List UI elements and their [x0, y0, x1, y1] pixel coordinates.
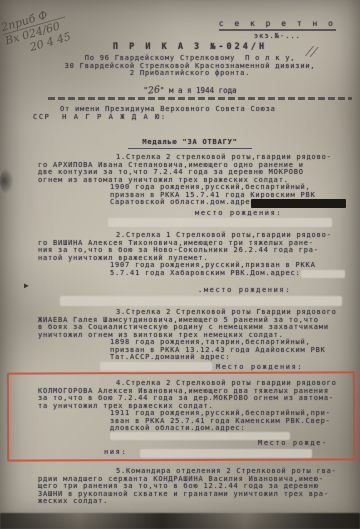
erased-redaction — [140, 449, 312, 458]
ink-smudge — [0, 168, 14, 194]
medal-heading: Медалью "ЗА ОТВАГУ" — [30, 129, 350, 149]
place-of-birth-label: Место рожде- — [258, 440, 328, 448]
document-page: 2приб Ф Вх 024/60 20 4 45 с е к р е т н … — [0, 0, 360, 529]
order-date: "26" м а я 1944 года — [30, 85, 350, 96]
date-day-handwritten: 26 — [147, 84, 160, 96]
separator-line — [48, 97, 352, 100]
award-preamble-line2: ССР Н А Г Р А Ж Д А Ю: — [33, 114, 167, 122]
secrecy-stamp: с е к р е т н о экз.№-... — [219, 11, 336, 40]
redaction-bar — [251, 199, 346, 208]
issuer-line: 2 Прибалтийского фронта. — [30, 70, 350, 78]
award-entry-3: 3.Стрелка 2 Стрелковой роты Гвардии рядо… — [38, 309, 350, 362]
place-of-birth-label: Место рождения: — [216, 364, 303, 372]
erased-redaction — [100, 362, 212, 371]
erased-redaction — [301, 270, 345, 278]
place-of-birth-label: место рождения: — [195, 210, 282, 218]
erased-redaction — [60, 296, 342, 306]
erased-redaction — [108, 218, 332, 227]
award-entry-5: 5.Командира отделения 2 Стрелковой роты … — [38, 468, 350, 506]
secrecy-stamp-text: с е к р е т н о — [219, 19, 336, 31]
copy-number: экз.№-... — [219, 32, 336, 40]
order-title: П Р И К А З №-024/Н — [30, 42, 350, 52]
place-of-birth-label: .место рождения: — [198, 287, 291, 295]
date-rest: " м а я 1944 года — [160, 86, 237, 95]
medal-heading-text: Медалью "ЗА ОТВАГУ" — [128, 139, 251, 149]
margin-mark: ▶ — [24, 281, 29, 290]
award-entry-4: 4.Стрелка 2 Стрелковой роты гвардии рядо… — [38, 380, 350, 433]
text-line: Тат.АССР.домашний адрес: — [38, 354, 350, 362]
issuer-block: По 96 Гвардейскому Стрелковому П о л к у… — [30, 55, 350, 78]
scan-edge-shadow — [0, 513, 360, 529]
place-of-birth-label-cont: ния: — [104, 449, 127, 457]
text-line: жеских солдат. — [38, 498, 350, 506]
